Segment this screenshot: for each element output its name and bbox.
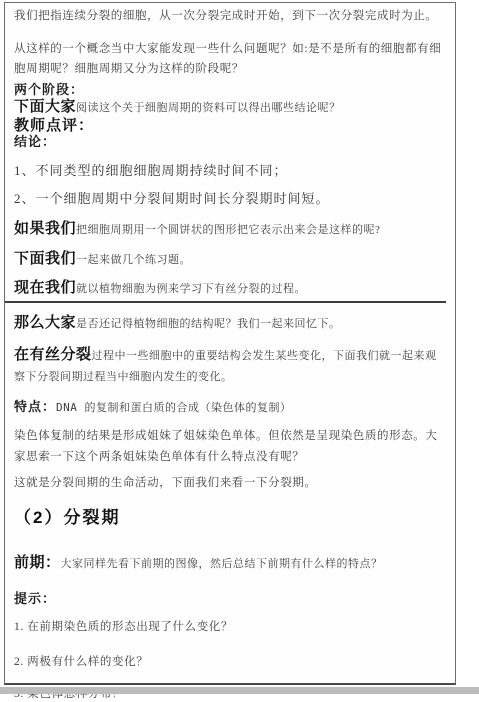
interphase-closing: 这就是分裂间期的生命活动，下面我们来看一下分裂期。 [14, 476, 447, 491]
prophase-lead: 前期： [14, 554, 61, 571]
prophase-line: 前期：大家同样先看下前期的图像，然后总结下前期有什么样的特点？ [14, 554, 447, 573]
practice-body: 一起来做几个练习题。 [76, 254, 191, 266]
feature-line: 特点：DNA 的复制和蛋白质的合成（染色体的复制） [14, 398, 447, 417]
mitosis-lead: 在有丝分裂 [14, 346, 92, 363]
recall-structure-line: 那么大家是否还记得植物细胞的结构呢？我们一起来回忆下。 [14, 314, 447, 333]
read-material-line: 下面大家阅读这个关于细胞周期的资料可以得出哪些结论呢？ [14, 98, 447, 117]
plant-cell-lead: 现在我们 [14, 279, 76, 296]
intro-definition: 我们把指连续分裂的细胞，从一次分裂完成时开始，到下一次分裂完成时为止。 [14, 9, 447, 24]
feature-body: DNA 的复制和蛋白质的合成（染色体的复制） [56, 401, 292, 414]
two-stages-heading: 两个阶段： [14, 82, 447, 98]
conclusion-item-2: 2、一个细胞周期中分裂间期时间长分裂期时间短。 [14, 190, 447, 207]
pie-chart-body: 把细胞周期用一个圆饼状的图形把它表示出来会是这样的呢? [76, 224, 380, 236]
read-material-body: 阅读这个关于细胞周期的资料可以得出哪些结论呢？ [76, 102, 341, 114]
document-content: 我们把指连续分裂的细胞，从一次分裂完成时开始，到下一次分裂完成时为止。 从这样的… [5, 3, 455, 694]
plant-cell-body: 就以植物细胞为例来学习下有丝分裂的过程。 [76, 283, 306, 295]
chromatid-paragraph: 染色体复制的结果是形成姐妹了姐妹染色单体。但依然是呈现染色质的形态。大家思索一下… [14, 426, 447, 468]
recall-body: 是否还记得植物细胞的结构呢？我们一起来回忆下。 [76, 318, 341, 330]
hint-heading: 提示： [14, 591, 447, 607]
section-divider [5, 301, 446, 303]
concept-question: 从这样的一个概念当中大家能发现一些什么问题呢？如:是不是所有的细胞都有细胞周期呢… [14, 39, 447, 79]
mitosis-intro-line: 在有丝分裂过程中一些细胞中的重要结构会发生某些变化，下面我们就一起来观察下分裂间… [14, 344, 447, 388]
hint-item-2: 2. 两极有什么样的变化？ [14, 655, 447, 670]
conclusion-item-1: 1、不同类型的细胞细胞周期持续时间不同； [14, 162, 447, 179]
hint-item-1: 1. 在前期染色质的形态出现了什么变化？ [14, 620, 447, 635]
division-phase-heading: （2）分裂期 [14, 507, 447, 529]
practice-line: 下面我们一起来做几个练习题。 [14, 250, 447, 269]
document-page: 我们把指连续分裂的细胞，从一次分裂完成时开始，到下一次分裂完成时为止。 从这样的… [4, 2, 456, 685]
conclusion-heading: 结论： [14, 134, 447, 150]
scan-edge-strip [0, 687, 479, 694]
teacher-comment-heading: 教师点评： [14, 117, 447, 134]
prophase-body: 大家同样先看下前期的图像，然后总结下前期有什么样的特点？ [61, 558, 383, 570]
practice-lead: 下面我们 [14, 250, 76, 267]
pie-chart-line: 如果我们把细胞周期用一个圆饼状的图形把它表示出来会是这样的呢? [14, 220, 447, 239]
feature-label: 特点： [14, 399, 56, 414]
read-material-lead: 下面大家 [14, 98, 76, 115]
pie-chart-lead: 如果我们 [14, 220, 76, 237]
plant-cell-line: 现在我们就以植物细胞为例来学习下有丝分裂的过程。 [14, 279, 447, 298]
recall-lead: 那么大家 [14, 314, 76, 331]
